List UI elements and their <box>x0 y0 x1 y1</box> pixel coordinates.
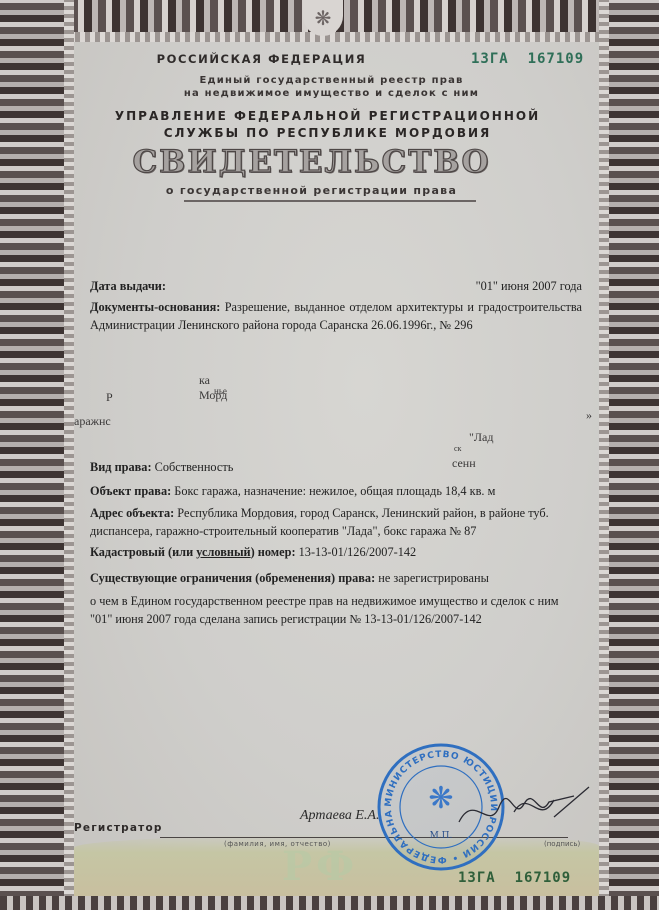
certificate: ❋ РФ РОССИЙСКАЯ ФЕДЕРАЦИЯ 13ГА 167109 Ед… <box>0 0 659 910</box>
department-heading: УПРАВЛЕНИЕ ФЕДЕРАЛЬНОЙ РЕГИСТРАЦИОННОЙ С… <box>65 108 590 142</box>
issue-date-row: Дата выдачи: "01" июня 2007 года <box>90 277 582 295</box>
redacted-fragment: Р <box>106 390 113 405</box>
right-object-label: Объект права: <box>90 484 171 498</box>
document-subtitle: о государственной регистрации права <box>49 184 574 197</box>
paper: РФ РОССИЙСКАЯ ФЕДЕРАЦИЯ 13ГА 167109 Един… <box>74 42 599 896</box>
cadastral-row: Кадастровый (или условный) номер: 13-13-… <box>90 543 582 561</box>
registrar-name: Артаева Е.А. <box>300 808 379 824</box>
right-object-value: Бокс гаража, назначение: нежилое, общая … <box>174 484 495 498</box>
basis-row: Документы-основания: Разрешение, выданно… <box>90 298 582 334</box>
redacted-fragment: » <box>586 408 592 423</box>
redacted-fragment: аражнс <box>74 414 111 429</box>
encumbrance-value: не зарегистрированы <box>378 571 489 585</box>
title-rule <box>184 200 476 202</box>
registry-heading: Единый государственный реестр прав на не… <box>69 74 594 100</box>
registration-record: о чем в Едином государственном реестре п… <box>90 592 582 628</box>
frame-left-border <box>0 0 74 910</box>
redacted-fragment: "Лад <box>469 430 493 445</box>
watermark: РФ <box>282 843 358 890</box>
country-heading: РОССИЙСКАЯ ФЕДЕРАЦИЯ <box>0 52 524 66</box>
right-type-row: Вид права: Собственность <box>90 458 582 476</box>
document-title: СВИДЕТЕЛЬСТВО <box>49 144 574 180</box>
right-object-row: Объект права: Бокс гаража, назначение: н… <box>90 482 582 500</box>
redacted-fragment: ск <box>454 444 461 453</box>
redacted-fragment: нье <box>214 386 227 396</box>
frame-right-border <box>599 0 659 910</box>
svg-text:М.П.: М.П. <box>430 831 453 841</box>
basis-label: Документы-основания: <box>90 300 220 314</box>
address-row: Адрес объекта: Республика Мордовия, горо… <box>90 504 582 540</box>
serial-number-top: 13ГА 167109 <box>471 51 584 67</box>
issue-date-value: "01" июня 2007 года <box>476 277 582 295</box>
right-type-label: Вид права: <box>90 460 152 474</box>
right-type-value: Собственность <box>155 460 234 474</box>
issue-date-label: Дата выдачи: <box>90 279 166 293</box>
serial-number-bottom: 13ГА 167109 <box>458 870 571 886</box>
registrar-label: Регистратор <box>74 822 163 834</box>
signature-icon <box>454 782 594 842</box>
cadastral-label: Кадастровый (или условный) номер: <box>90 545 296 559</box>
frame-bottom-border <box>0 896 659 910</box>
address-label: Адрес объекта: <box>90 506 174 520</box>
name-caption: (фамилия, имя, отчество) <box>224 840 331 848</box>
svg-text:❋: ❋ <box>428 782 453 815</box>
encumbrance-label: Существующие ограничения (обременения) п… <box>90 571 375 585</box>
cadastral-value: 13-13-01/126/2007-142 <box>299 545 417 559</box>
encumbrance-row: Существующие ограничения (обременения) п… <box>90 569 582 587</box>
